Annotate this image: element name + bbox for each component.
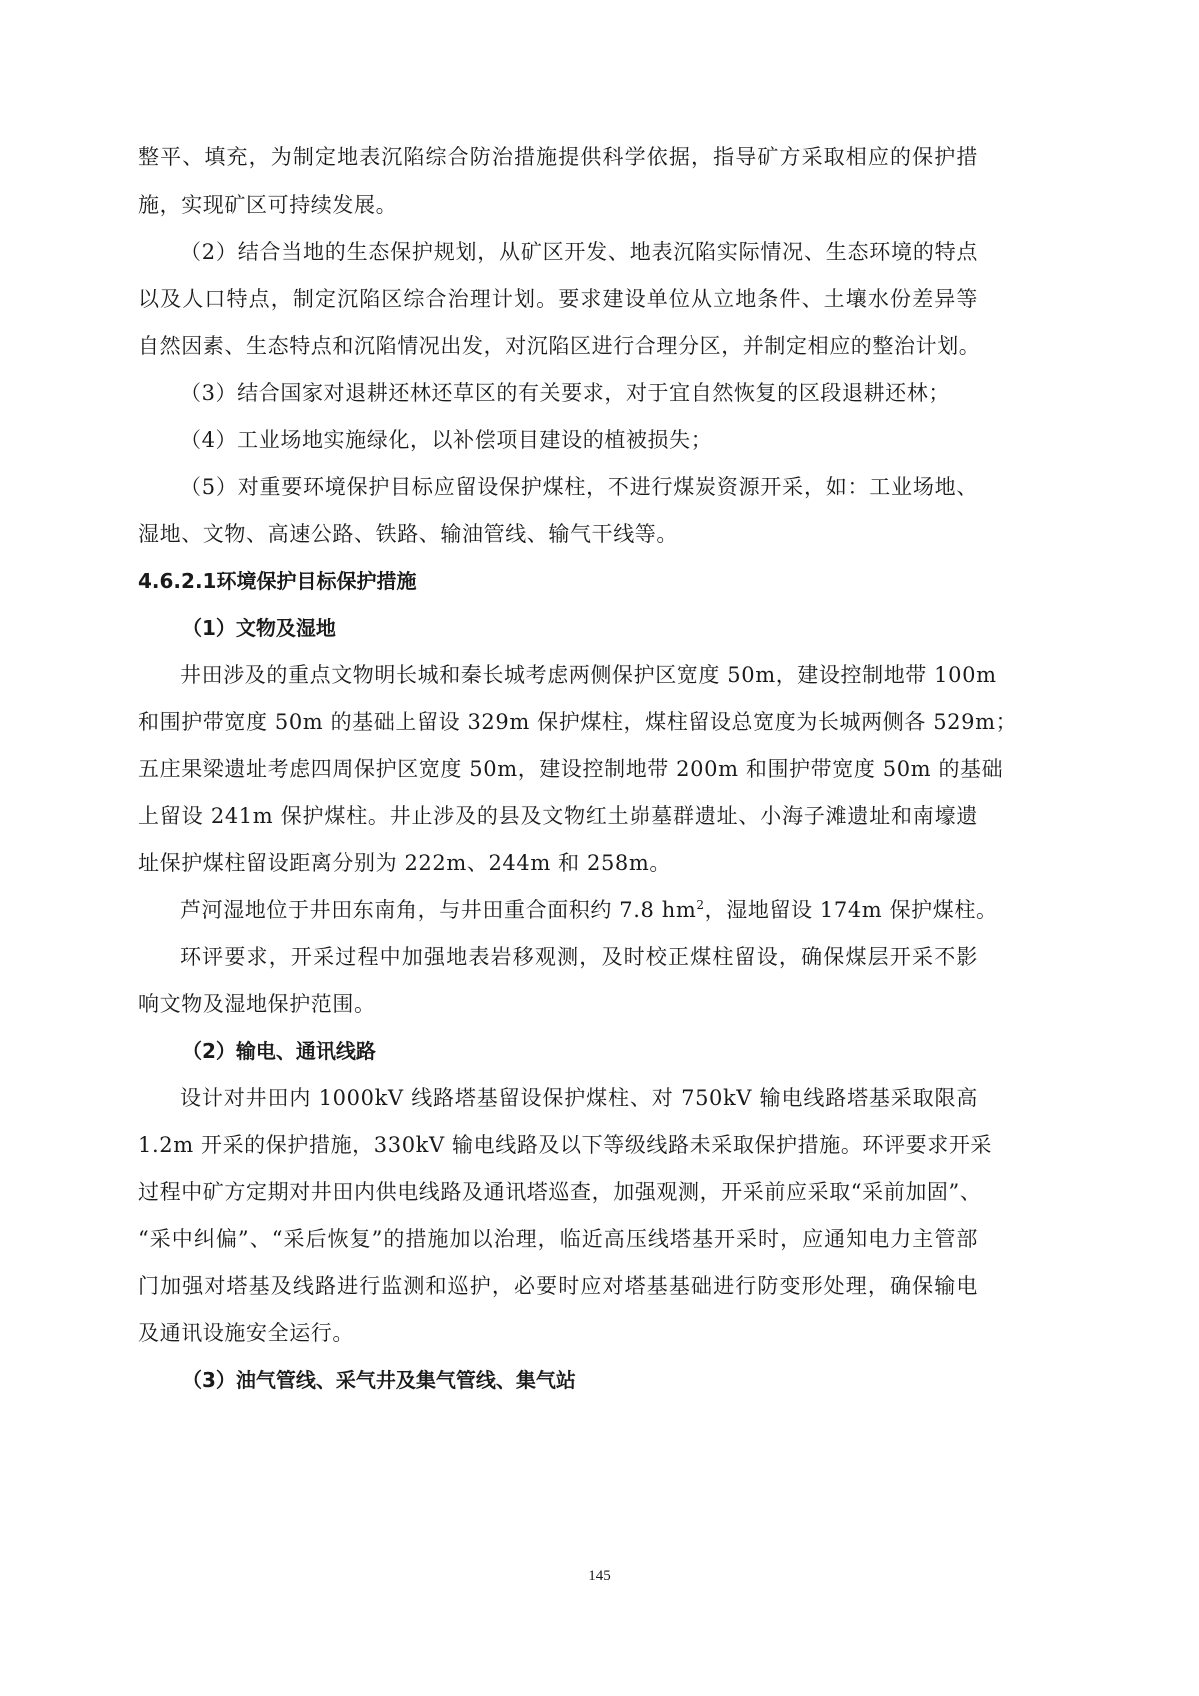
sub-heading: （3）油气管线、采气井及集气管线、集气站: [182, 1365, 1022, 1395]
text-line: 自然因素、生态特点和沉陷情况出发，对沉陷区进行合理分区，并制定相应的整治计划。: [138, 331, 978, 361]
superscript: 2: [696, 898, 704, 912]
text-line: 响文物及湿地保护范围。: [138, 989, 978, 1019]
text-line: 井田涉及的重点文物明长城和秦长城考虑两侧保护区宽度 50m，建设控制地带 100…: [180, 660, 978, 690]
text-line: （4）工业场地实施绿化，以补偿项目建设的植被损失；: [180, 425, 978, 455]
text-line: 施，实现矿区可持续发展。: [138, 190, 978, 220]
text-line: 址保护煤柱留设距离分别为 222m、244m 和 258m。: [138, 848, 978, 878]
text-line: （5）对重要环境保护目标应留设保护煤柱，不进行煤炭资源开采，如：工业场地、: [180, 472, 978, 502]
text-line: “采中纠偏”、“采后恢复”的措施加以治理，临近高压线塔基开采时，应通知电力主管部: [138, 1224, 978, 1254]
text-line-with-superscript: 芦河湿地位于井田东南角，与井田重合面积约 7.8 hm2，湿地留设 174m 保…: [180, 895, 978, 925]
text-line: 上留设 241m 保护煤柱。井止涉及的县及文物红土峁墓群遗址、小海子滩遗址和南壕…: [138, 801, 978, 831]
text-line: 设计对井田内 1000kV 线路塔基留设保护煤柱、对 750kV 输电线路塔基采…: [180, 1083, 978, 1113]
text-line: 1.2m 开采的保护措施，330kV 输电线路及以下等级线路未采取保护措施。环评…: [138, 1130, 978, 1160]
sub-heading: （2）输电、通讯线路: [182, 1036, 1022, 1066]
text-line: 及通讯设施安全运行。: [138, 1318, 978, 1348]
text-line: 五庄果梁遗址考虑四周保护区宽度 50m，建设控制地带 200m 和围护带宽度 5…: [138, 754, 978, 784]
document-page: 整平、填充，为制定地表沉陷综合防治措施提供科学依据，指导矿方采取相应的保护措 施…: [0, 0, 1199, 1696]
text-line: 以及人口特点，制定沉陷区综合治理计划。要求建设单位从立地条件、土壤水份差异等: [138, 284, 978, 314]
text-line: 环评要求，开采过程中加强地表岩移观测，及时校正煤柱留设，确保煤层开采不影: [180, 942, 978, 972]
text-line: 和围护带宽度 50m 的基础上留设 329m 保护煤柱，煤柱留设总宽度为长城两侧…: [138, 707, 978, 737]
text-line: 湿地、文物、高速公路、铁路、输油管线、输气干线等。: [138, 519, 978, 549]
section-heading: 4.6.2.1环境保护目标保护措施: [138, 566, 978, 596]
text-line: 门加强对塔基及线路进行监测和巡护，必要时应对塔基基础进行防变形处理，确保输电: [138, 1271, 978, 1301]
text-segment: ，湿地留设 174m 保护煤柱。: [705, 898, 998, 922]
sub-heading: （1）文物及湿地: [182, 613, 1022, 643]
text-line: 整平、填充，为制定地表沉陷综合防治措施提供科学依据，指导矿方采取相应的保护措: [138, 142, 978, 172]
page-number: 145: [0, 1566, 1199, 1586]
text-line: （3）结合国家对退耕还林还草区的有关要求，对于宜自然恢复的区段退耕还林；: [180, 378, 978, 408]
text-segment: 芦河湿地位于井田东南角，与井田重合面积约 7.8 hm: [180, 898, 696, 922]
text-line: （2）结合当地的生态保护规划，从矿区开发、地表沉陷实际情况、生态环境的特点: [180, 237, 978, 267]
text-line: 过程中矿方定期对井田内供电线路及通讯塔巡查，加强观测，开采前应采取“采前加固”、: [138, 1177, 978, 1207]
